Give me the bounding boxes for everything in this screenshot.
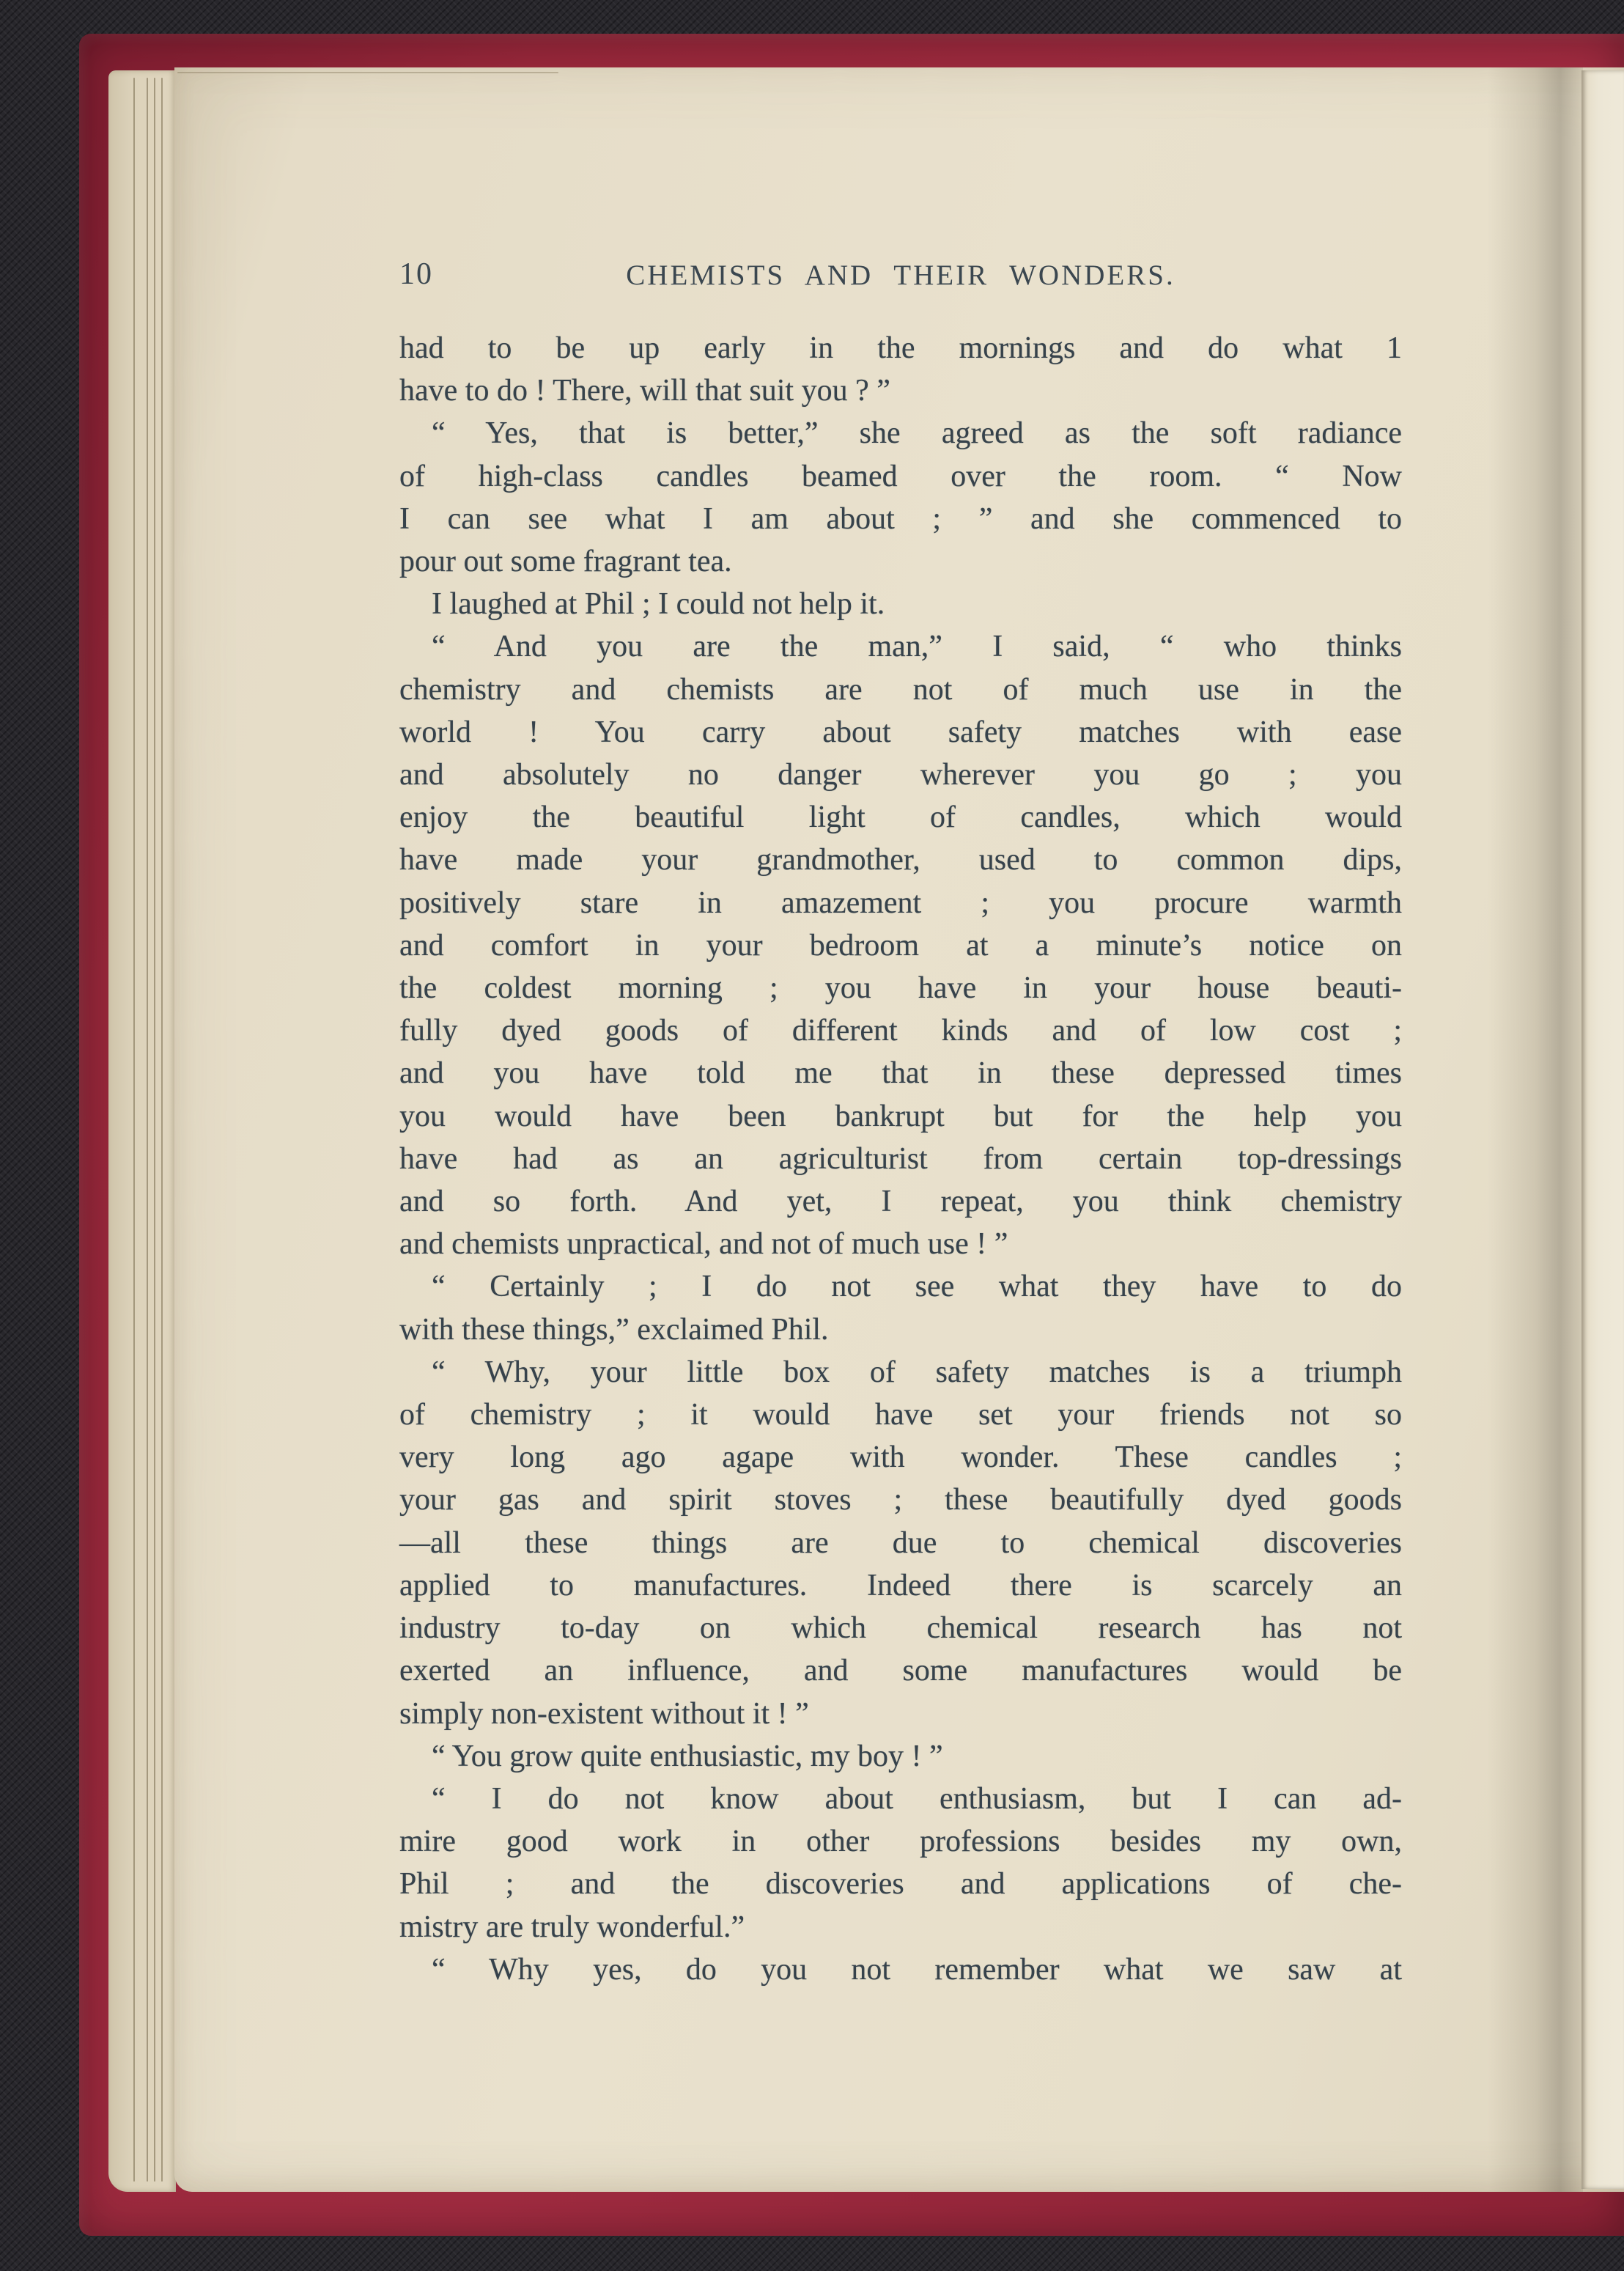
text-line: positively stare in amazement ; you proc…: [399, 882, 1402, 924]
text-line: you would have been bankrupt but for the…: [399, 1095, 1402, 1138]
page-fold-shadow: [1488, 67, 1583, 2192]
page-edge-stack: [108, 70, 176, 2192]
text-line: and you have told me that in these depre…: [399, 1052, 1402, 1094]
text-line: and comfort in your bedroom at a minute’…: [399, 924, 1402, 967]
text-line: mistry are truly wonderful.”: [399, 1906, 1402, 1948]
text-line: —all these things are due to chemical di…: [399, 1522, 1402, 1564]
text-line: your gas and spirit stoves ; these beaut…: [399, 1479, 1402, 1521]
next-page-edge: [1581, 70, 1624, 2189]
page-top-edge-line: [177, 72, 558, 73]
running-header: CHEMISTS AND THEIR WONDERS.: [399, 255, 1402, 296]
text-line: “ I do not know about enthusiasm, but I …: [399, 1778, 1402, 1820]
text-line: mire good work in other professions besi…: [399, 1820, 1402, 1863]
text-line: “ You grow quite enthusiastic, my boy ! …: [399, 1735, 1402, 1778]
text-line: and so forth. And yet, I repeat, you thi…: [399, 1180, 1402, 1223]
text-line: with these things,” exclaimed Phil.: [399, 1309, 1402, 1351]
text-line: of chemistry ; it would have set your fr…: [399, 1394, 1402, 1436]
text-line: simply non-existent without it ! ”: [399, 1693, 1402, 1735]
page-edge-line: [147, 78, 148, 2182]
text-line: industry to-day on which chemical resear…: [399, 1607, 1402, 1649]
text-line: have made your grandmother, used to comm…: [399, 839, 1402, 881]
page-header: 10 CHEMISTS AND THEIR WONDERS.: [399, 254, 1402, 298]
book-page: 10 CHEMISTS AND THEIR WONDERS. had to be…: [174, 67, 1624, 2192]
text-line: world ! You carry about safety matches w…: [399, 711, 1402, 754]
text-line: Phil ; and the discoveries and applicati…: [399, 1863, 1402, 1905]
text-line: I laughed at Phil ; I could not help it.: [399, 583, 1402, 625]
text-line: “ Why, your little box of safety matches…: [399, 1351, 1402, 1394]
text-line: “ Certainly ; I do not see what they hav…: [399, 1265, 1402, 1308]
page-edge-line: [161, 78, 163, 2182]
text-line: exerted an influence, and some manufactu…: [399, 1649, 1402, 1692]
page-edge-line: [154, 78, 155, 2182]
text-line: applied to manufactures. Indeed there is…: [399, 1564, 1402, 1607]
text-line: “ And you are the man,” I said, “ who th…: [399, 625, 1402, 668]
text-line: had to be up early in the mornings and d…: [399, 327, 1402, 369]
text-line: “ Yes, that is better,” she agreed as th…: [399, 412, 1402, 454]
body-text: had to be up early in the mornings and d…: [399, 327, 1402, 1991]
text-line: enjoy the beautiful light of candles, wh…: [399, 796, 1402, 839]
text-line: very long ago agape with wonder. These c…: [399, 1436, 1402, 1479]
text-line: pour out some fragrant tea.: [399, 540, 1402, 583]
page-edge-line: [133, 78, 135, 2182]
text-line: I can see what I am about ; ” and she co…: [399, 498, 1402, 540]
text-line: and chemists unpractical, and not of muc…: [399, 1223, 1402, 1265]
text-line: have to do ! There, will that suit you ?…: [399, 369, 1402, 412]
text-line: and absolutely no danger wherever you go…: [399, 754, 1402, 796]
text-line: have had as an agriculturist from certai…: [399, 1138, 1402, 1180]
text-line: of high-class candles beamed over the ro…: [399, 455, 1402, 498]
text-line: fully dyed goods of different kinds and …: [399, 1009, 1402, 1052]
text-line: “ Why yes, do you not remember what we s…: [399, 1948, 1402, 1991]
text-line: the coldest morning ; you have in your h…: [399, 967, 1402, 1009]
text-line: chemistry and chemists are not of much u…: [399, 669, 1402, 711]
